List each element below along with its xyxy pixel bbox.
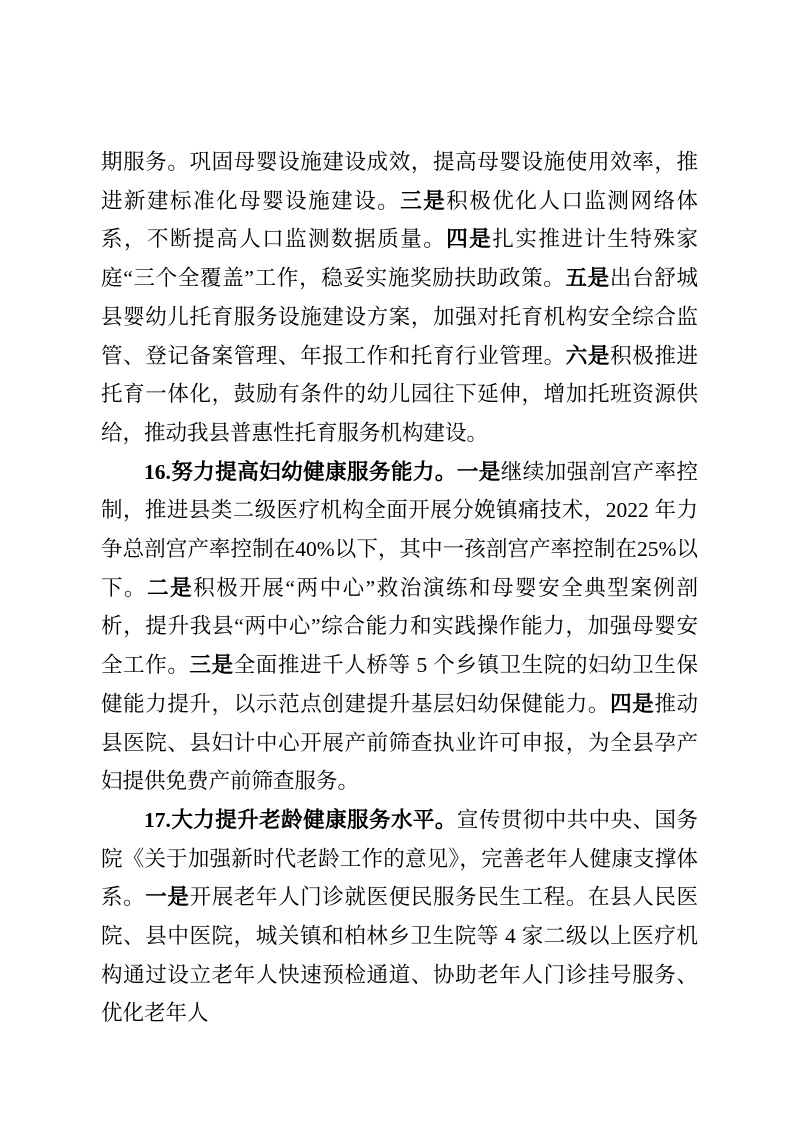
- bold-text-run: 四是: [610, 692, 654, 716]
- bold-text-run: 一是: [145, 885, 189, 909]
- paragraph: 16.努力提高妇幼健康服务能力。一是继续加强剖宫产率控制，推进县类二级医疗机构全…: [101, 453, 698, 801]
- document-page: 期服务。巩固母婴设施建设成效，提高母婴设施使用效率，推进新建标准化母婴设施建设。…: [0, 0, 793, 1122]
- bold-text-run: 六是: [566, 344, 610, 368]
- bold-text-run: 四是: [446, 227, 492, 251]
- document-body: 期服务。巩固母婴设施建设成效，提高母婴设施使用效率，推进新建标准化母婴设施建设。…: [101, 143, 698, 1033]
- bold-text-run: 16.努力提高妇幼健康服务能力。一是: [144, 460, 501, 484]
- text-run: 开展老年人门诊就医便民服务民生工程。在县人民医院、县中医院，城关镇和柏林乡卫生院…: [101, 885, 698, 1025]
- bold-text-run: 二是: [147, 576, 193, 600]
- paragraph: 期服务。巩固母婴设施建设成效，提高母婴设施使用效率，推进新建标准化母婴设施建设。…: [101, 143, 698, 453]
- bold-text-run: 17.大力提升老龄健康服务水平。: [144, 808, 457, 832]
- bold-text-run: 三是: [189, 653, 233, 677]
- bold-text-run: 三是: [400, 189, 446, 213]
- bold-text-run: 五是: [565, 266, 609, 290]
- paragraph: 17.大力提升老龄健康服务水平。宣传贯彻中共中央、国务院《关于加强新时代老龄工作…: [101, 801, 698, 1033]
